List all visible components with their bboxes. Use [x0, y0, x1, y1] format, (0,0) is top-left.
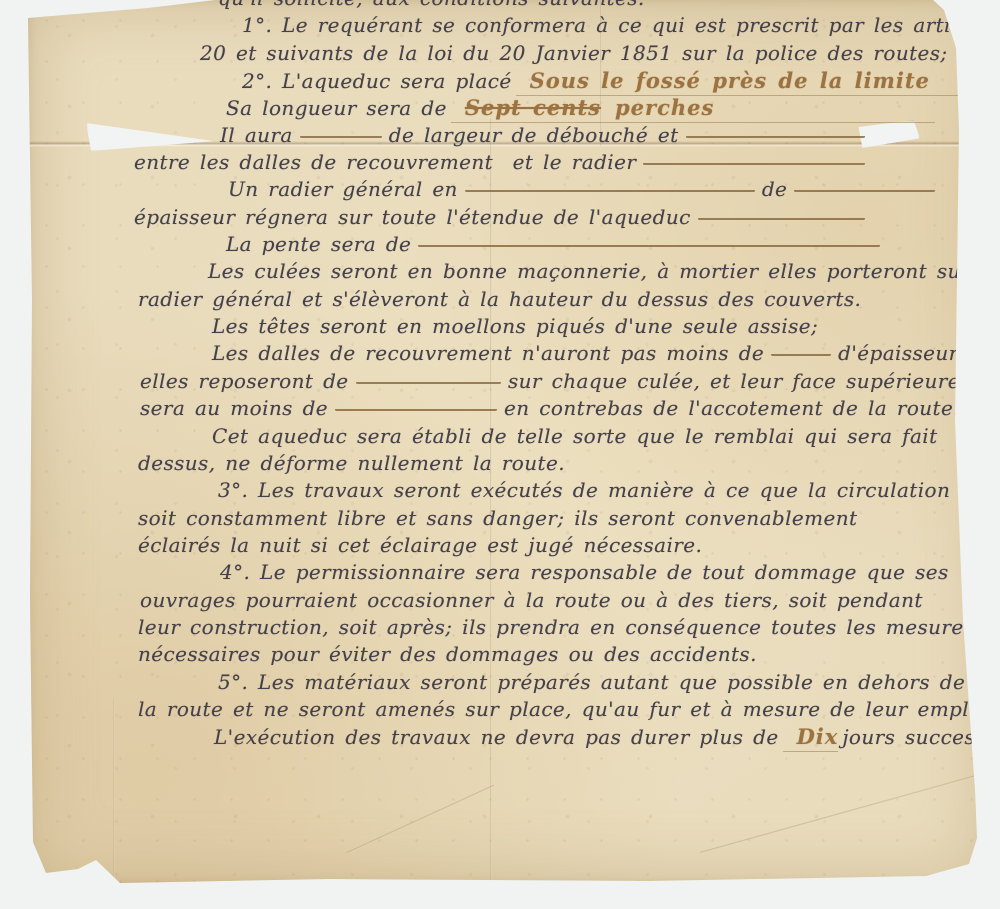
handwritten-text: de	[762, 177, 787, 201]
handwritten-text: Un radier général en	[228, 177, 458, 201]
handwritten-text: sur chaque culée, et leur face supérieur…	[508, 369, 960, 393]
handwritten-text: d'épaisseur	[838, 341, 958, 365]
text-line: entre les dalles de recouvrement et le r…	[130, 150, 960, 177]
ink-rule-blank	[300, 135, 382, 138]
text-line: ouvrages pourraient occasionner à la rou…	[130, 588, 960, 615]
handwritten-text: Les culées seront en bonne maçonnerie, à…	[208, 259, 1000, 283]
handwritten-text: jours successifs	[842, 725, 1000, 749]
ink-rule-blank	[356, 381, 501, 384]
ink-rule-blank	[698, 217, 865, 220]
handwritten-text: 4°. Le permissionnaire sera responsable …	[220, 560, 949, 584]
ink-rule-blank	[794, 189, 935, 192]
handwritten-text: nécessaires pour éviter des dommages ou …	[138, 642, 757, 666]
text-line: 1°. Le requérant se conformera à ce qui …	[130, 13, 960, 40]
handwritten-text: en contrebas de l'accotement de la route…	[504, 396, 960, 420]
handwritten-text: Cet aqueduc sera établi de telle sorte q…	[212, 424, 938, 448]
handwritten-text: 5°. Les matériaux seront préparés autant…	[218, 670, 965, 694]
handwritten-text: dessus, ne déforme nullement la route.	[138, 451, 565, 475]
handwritten-text: La pente sera de	[226, 232, 411, 256]
scanner-background: { "page": { "kind": "scanned handwritten…	[0, 0, 1000, 909]
handwritten-text: sera au moins de	[140, 396, 328, 420]
text-line: Les dalles de recouvrement n'auront pas …	[130, 341, 960, 368]
paper-sheet: qu'il sollicite, aux conditions suivante…	[28, 0, 985, 883]
handwritten-text: elles reposeront de	[140, 369, 349, 393]
form-blank-field: Sous le fossé près de la limite	[516, 68, 960, 96]
text-line: épaisseur régnera sur toute l'étendue de…	[130, 205, 960, 232]
text-line: qu'il sollicite, aux conditions suivante…	[130, 0, 960, 13]
fill-text: Sous le fossé près de la limite	[530, 68, 930, 93]
handwritten-text: de largeur de débouché et	[389, 123, 679, 147]
text-line: radier général et s'élèveront à la haute…	[130, 287, 960, 314]
form-blank-field: Sept centsperches	[451, 95, 935, 123]
text-line: sera au moins deen contrebas de l'accote…	[130, 396, 960, 423]
handwritten-text: épaisseur régnera sur toute l'étendue de…	[134, 205, 691, 229]
handwritten-text: Les têtes seront en moellons piqués d'un…	[212, 314, 818, 338]
handwritten-text: radier général et s'élèveront à la haute…	[138, 287, 861, 311]
text-line: soit constamment libre et sans danger; i…	[130, 506, 960, 533]
handwritten-text: entre les dalles de recouvrement et le r…	[134, 150, 636, 174]
handwritten-text: Les dalles de recouvrement n'auront pas …	[212, 341, 764, 365]
handwritten-text: 3°. Les travaux seront exécutés de maniè…	[218, 478, 950, 502]
handwritten-text: soit constamment libre et sans danger; i…	[138, 506, 857, 530]
text-line: leur construction, soit après; ils prend…	[130, 615, 960, 642]
handwritten-text: ouvrages pourraient occasionner à la rou…	[140, 588, 923, 612]
text-line: L'exécution des travaux ne devra pas dur…	[130, 724, 960, 751]
ink-rule-blank	[643, 162, 865, 165]
handwritten-text: Sa longueur sera de	[226, 96, 447, 120]
text-line: 20 et suivants de la loi du 20 Janvier 1…	[130, 41, 960, 68]
handwritten-text: leur construction, soit après; ils prend…	[138, 615, 974, 639]
text-line: La pente sera de	[130, 232, 960, 259]
fill-text: Dix	[797, 724, 839, 749]
form-blank-field: Dix	[783, 724, 839, 752]
handwritten-text: 2°. L'aqueduc sera placé	[242, 69, 512, 93]
text-line: la route et ne seront amenés sur place, …	[130, 697, 960, 724]
text-line: Un radier général ende	[130, 177, 960, 204]
handwritten-text: la route et ne seront amenés sur place, …	[138, 697, 995, 721]
text-line: Les culées seront en bonne maçonnerie, à…	[130, 259, 960, 286]
text-line: Il aurade largeur de débouché et	[130, 123, 960, 150]
handwritten-text: éclairés la nuit si cet éclairage est ju…	[138, 533, 702, 557]
fill-text-struck: Sept cents	[465, 95, 601, 120]
text-line: Sa longueur sera deSept centsperches	[130, 95, 960, 122]
handwritten-text: L'exécution des travaux ne devra pas dur…	[214, 725, 779, 749]
text-line: 5°. Les matériaux seront préparés autant…	[130, 670, 960, 697]
ink-rule-blank	[771, 353, 831, 356]
fill-text: perches	[615, 95, 714, 120]
text-line: éclairés la nuit si cet éclairage est ju…	[130, 533, 960, 560]
handwritten-text: Il aura	[220, 123, 293, 147]
handwritten-text-block: qu'il sollicite, aux conditions suivante…	[130, 0, 960, 752]
text-line: nécessaires pour éviter des dommages ou …	[130, 642, 960, 669]
handwritten-text: qu'il sollicite, aux conditions suivante…	[218, 0, 645, 10]
ink-rule-blank	[418, 244, 880, 247]
text-line: Cet aqueduc sera établi de telle sorte q…	[130, 424, 960, 451]
vertical-fold-crease-left	[113, 700, 115, 883]
text-line: Les têtes seront en moellons piqués d'un…	[130, 314, 960, 341]
text-line: elles reposeront desur chaque culée, et …	[130, 369, 960, 396]
ink-rule-blank	[686, 135, 865, 138]
text-line: 4°. Le permissionnaire sera responsable …	[130, 560, 960, 587]
diagonal-crease-bottom-right	[700, 771, 991, 854]
text-line: dessus, ne déforme nullement la route.	[130, 451, 960, 478]
handwritten-text: 20 et suivants de la loi du 20 Janvier 1…	[200, 41, 948, 65]
text-line: 3°. Les travaux seront exécutés de maniè…	[130, 478, 960, 505]
text-line: 2°. L'aqueduc sera placéSous le fossé pr…	[130, 68, 960, 95]
ink-rule-blank	[465, 189, 755, 192]
handwritten-text: 1°. Le requérant se conformera à ce qui …	[242, 13, 992, 37]
diagonal-crease-bottom	[347, 785, 495, 854]
ink-rule-blank	[335, 408, 497, 411]
